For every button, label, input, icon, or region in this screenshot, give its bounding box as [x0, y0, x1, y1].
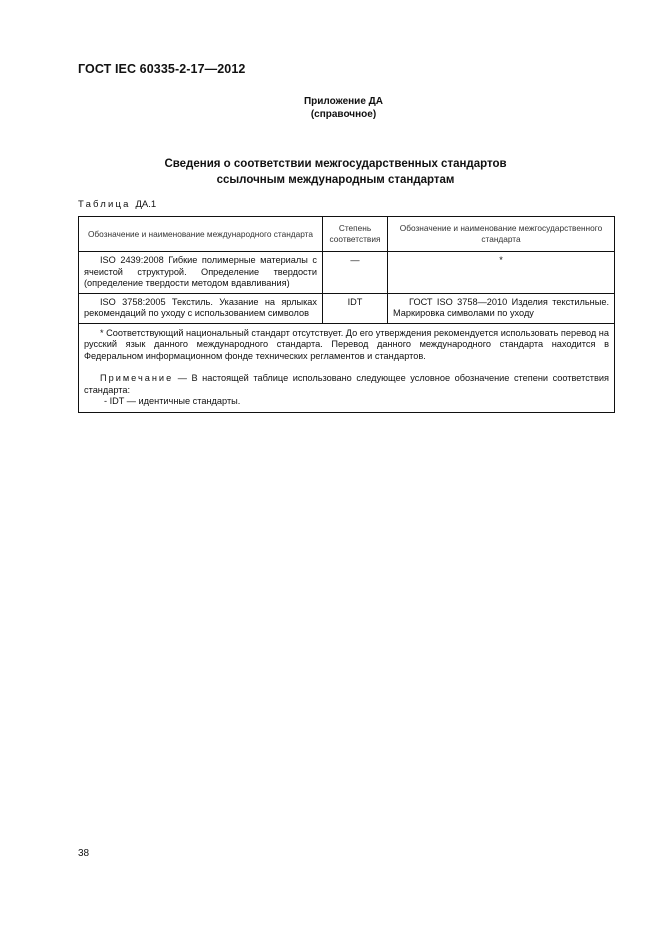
standards-correspondence-table: Обозначение и наименование международног…	[78, 216, 615, 413]
cell-interstate: ГОСТ ISO 3758—2010 Изделия текстильные. …	[388, 293, 615, 323]
section-title-line-1: Сведения о соответствии межгосударственн…	[10, 156, 661, 172]
cell-interstate: *	[388, 252, 615, 294]
cell-degree: IDT	[323, 293, 388, 323]
cell-international: ISO 3758:2005 Текстиль. Указание на ярлы…	[79, 293, 323, 323]
document-code: ГОСТ IEC 60335-2-17—2012	[78, 62, 245, 76]
column-header-international: Обозначение и наименование международног…	[79, 217, 323, 252]
note-list-item: - IDT — идентичные стандарты.	[84, 396, 609, 408]
table-row: ISO 2439:2008 Гибкие полимерные материал…	[79, 252, 615, 294]
cell-degree: —	[323, 252, 388, 294]
table-header-row: Обозначение и наименование международног…	[79, 217, 615, 252]
annex-title: Приложение ДА	[0, 95, 661, 108]
footnote-text: * Соответствующий национальный стандарт …	[84, 328, 609, 363]
table-caption-label: Таблица	[78, 199, 131, 210]
table-footnote-row: * Соответствующий национальный стандарт …	[79, 323, 615, 412]
column-header-interstate: Обозначение и наименование межгосударств…	[388, 217, 615, 252]
section-title: Сведения о соответствии межгосударственн…	[0, 156, 661, 188]
page-number: 38	[78, 848, 89, 859]
annex-heading: Приложение ДА (справочное)	[0, 95, 661, 121]
table-caption: Таблица ДА.1	[78, 199, 156, 210]
table-row: ISO 3758:2005 Текстиль. Указание на ярлы…	[79, 293, 615, 323]
cell-international: ISO 2439:2008 Гибкие полимерные материал…	[79, 252, 323, 294]
annex-subtitle: (справочное)	[0, 108, 661, 121]
table-caption-number: ДА.1	[136, 199, 157, 210]
column-header-degree: Степень соответствия	[323, 217, 388, 252]
footnote-cell: * Соответствующий национальный стандарт …	[79, 323, 615, 412]
section-title-line-2: ссылочным международным стандартам	[10, 172, 661, 188]
note: Примечание — В настоящей таблице использ…	[84, 373, 609, 396]
note-label: Примечание	[100, 373, 173, 383]
